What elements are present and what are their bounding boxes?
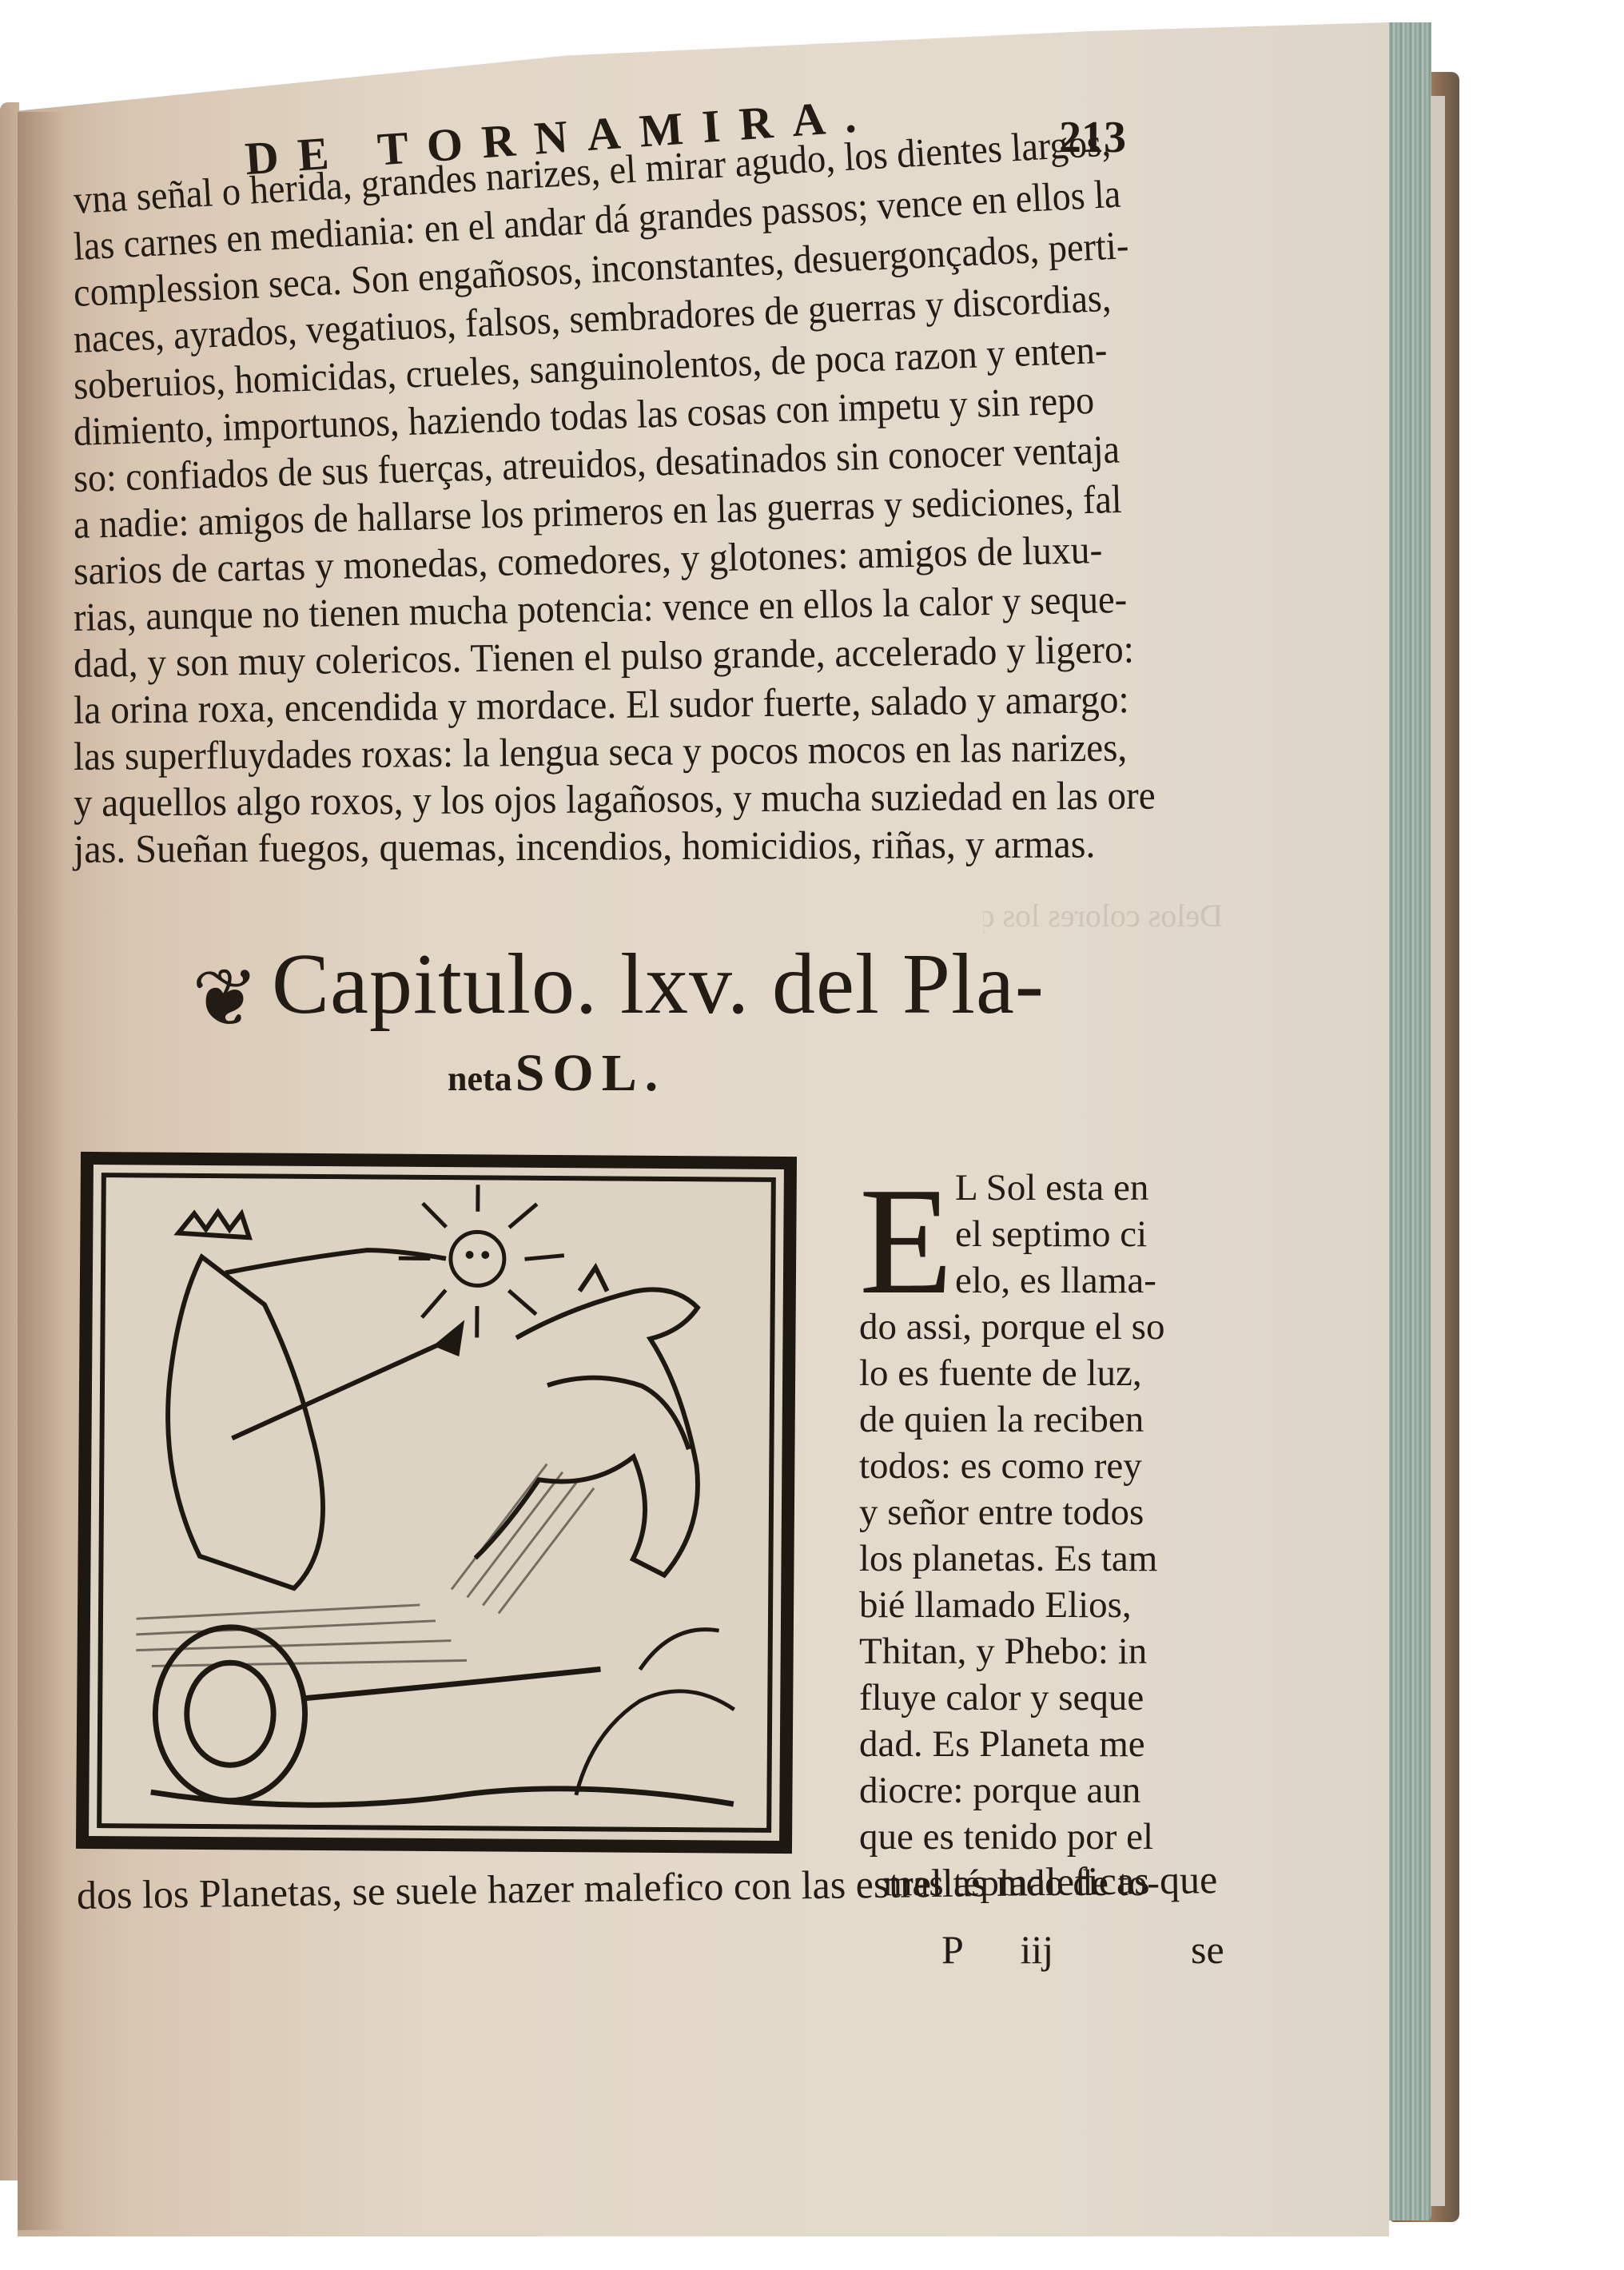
chapter-title: Capitulo. lxv. del Pla- bbox=[272, 935, 1045, 1034]
column-line: do assi, porque el so bbox=[859, 1306, 1164, 1348]
column-line: lo es fuente de luz, bbox=[859, 1352, 1142, 1394]
fleuron-icon: ❦ bbox=[192, 951, 259, 1045]
column-line: dad. Es Planeta me bbox=[859, 1723, 1145, 1765]
column-line: bié llamado Elios, bbox=[859, 1584, 1132, 1626]
column-line: de quien la reciben bbox=[859, 1399, 1144, 1440]
facing-page-edge bbox=[0, 102, 19, 2180]
column-line: Thitan, y Phebo: in bbox=[859, 1631, 1147, 1672]
sun-chariot-woodcut-icon bbox=[101, 1177, 771, 1828]
catchword: se bbox=[1191, 1926, 1224, 1973]
column-line: que es tenido por el bbox=[859, 1816, 1153, 1858]
chapter-title-line2: neta SOL. bbox=[448, 1043, 666, 1104]
woodcut-frame bbox=[97, 1173, 776, 1833]
body-line: y aquellos algo roxos, y los ojos lagaño… bbox=[74, 773, 1156, 825]
chapter-title-small: neta bbox=[448, 1059, 512, 1098]
column-line: los planetas. Es tam bbox=[859, 1538, 1157, 1579]
column-line: y señor entre todos bbox=[859, 1491, 1144, 1533]
column-line: fluye calor y seque bbox=[859, 1677, 1144, 1718]
column-line: elo, es llama- bbox=[955, 1260, 1156, 1301]
body-line: las superfluydades roxas: la lengua seca… bbox=[74, 724, 1128, 779]
page-edges bbox=[1387, 22, 1431, 2220]
signature-mark: P iij bbox=[941, 1926, 1053, 1973]
column-line: L Sol esta en bbox=[955, 1167, 1148, 1209]
column-line: diocre: porque aun bbox=[859, 1770, 1140, 1811]
column-line: el septimo ci bbox=[955, 1213, 1147, 1255]
drop-cap: E bbox=[859, 1173, 953, 1309]
woodcut-illustration bbox=[76, 1152, 797, 1854]
gutter-shadow bbox=[18, 112, 66, 2230]
chapter-title-big: SOL. bbox=[515, 1044, 667, 1102]
body-line: jas. Sueñan fuegos, quemas, incendios, h… bbox=[74, 821, 1096, 871]
page-edge-highlight bbox=[1431, 96, 1445, 2206]
column-line: todos: es como rey bbox=[859, 1445, 1142, 1487]
